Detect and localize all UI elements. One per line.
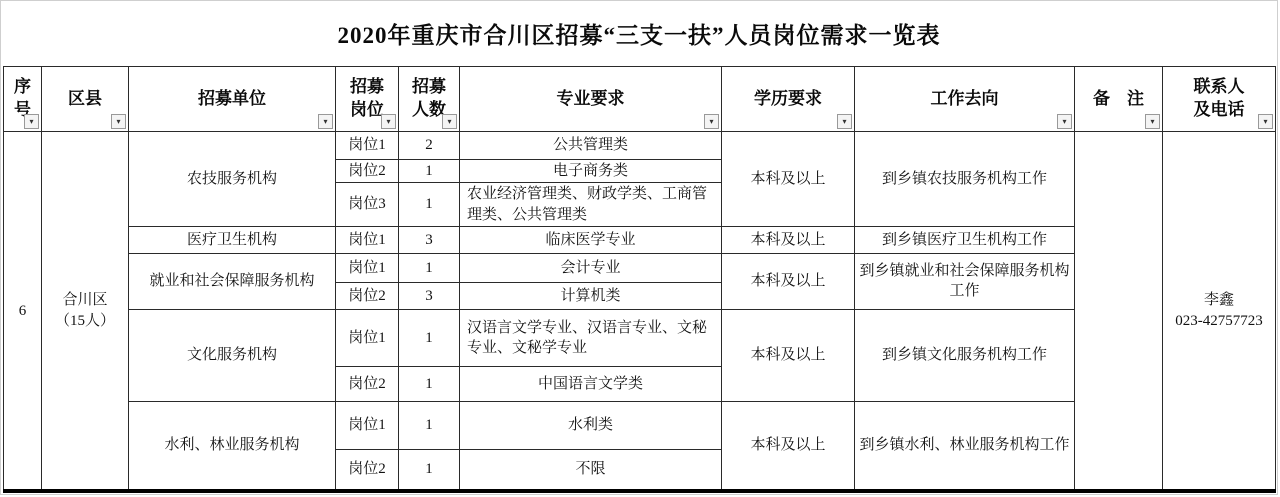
cell-unit: 水利、林业服务机构	[129, 401, 336, 491]
page-title: 2020年重庆市合川区招募“三支一扶”人员岗位需求一览表	[338, 17, 941, 50]
filter-icon[interactable]: ▾	[111, 114, 126, 129]
cell-unit: 医疗卫生机构	[129, 226, 336, 253]
cell-major: 中国语言文学类	[460, 366, 722, 401]
header-education: 学历要求 ▾	[722, 67, 855, 132]
header-contact-label: 联系人及电话	[1190, 76, 1248, 122]
cell-unit: 农技服务机构	[129, 132, 336, 227]
header-destination-label: 工作去向	[931, 89, 999, 108]
header-unit-label: 招募单位	[198, 89, 266, 108]
cell-count: 2	[399, 132, 460, 160]
district-headcount: （15人）	[46, 311, 124, 332]
header-district-label: 区县	[68, 89, 102, 108]
cell-post: 岗位1	[336, 309, 399, 366]
header-remark: 备 注 ▾	[1075, 67, 1163, 132]
filter-icon[interactable]: ▾	[704, 114, 719, 129]
filter-icon[interactable]: ▾	[318, 114, 333, 129]
header-major: 专业要求 ▾	[460, 67, 722, 132]
header-education-label: 学历要求	[754, 89, 822, 108]
cell-count: 1	[399, 160, 460, 183]
cell-count: 3	[399, 282, 460, 309]
filter-icon[interactable]: ▾	[1258, 114, 1273, 129]
cell-major: 不限	[460, 449, 722, 491]
cell-education: 本科及以上	[722, 309, 855, 401]
cell-education: 本科及以上	[722, 226, 855, 253]
header-district: 区县 ▾	[42, 67, 129, 132]
cell-count: 1	[399, 253, 460, 282]
cell-count: 3	[399, 226, 460, 253]
header-count: 招募人数 ▾	[399, 67, 460, 132]
header-destination: 工作去向 ▾	[855, 67, 1075, 132]
cell-destination: 到乡镇水利、林业服务机构工作	[855, 401, 1075, 491]
cell-education: 本科及以上	[722, 253, 855, 309]
cell-destination: 到乡镇医疗卫生机构工作	[855, 226, 1075, 253]
cell-post: 岗位1	[336, 401, 399, 449]
cell-education: 本科及以上	[722, 132, 855, 227]
contact-phone: 023-42757723	[1167, 311, 1271, 332]
district-name: 合川区	[46, 290, 124, 311]
table-row: 6 合川区 （15人） 农技服务机构 岗位1 2 公共管理类 本科及以上 到乡镇…	[4, 132, 1276, 160]
cell-major: 临床医学专业	[460, 226, 722, 253]
filter-icon[interactable]: ▾	[837, 114, 852, 129]
filter-icon[interactable]: ▾	[442, 114, 457, 129]
header-post: 招募岗位 ▾	[336, 67, 399, 132]
cell-count: 1	[399, 366, 460, 401]
filter-icon[interactable]: ▾	[1057, 114, 1072, 129]
header-remark-label: 备 注	[1093, 89, 1144, 108]
cell-post: 岗位2	[336, 449, 399, 491]
header-row: 序号 ▾ 区县 ▾ 招募单位 ▾ 招募岗位 ▾ 招募人数 ▾ 专业要求 ▾	[4, 67, 1276, 132]
cell-major: 农业经济管理类、财政学类、工商管理类、公共管理类	[460, 183, 722, 227]
cell-post: 岗位2	[336, 160, 399, 183]
cell-major: 水利类	[460, 401, 722, 449]
cell-major: 汉语言文学专业、汉语言专业、文秘专业、文秘学专业	[460, 309, 722, 366]
cell-post: 岗位2	[336, 366, 399, 401]
header-contact: 联系人及电话 ▾	[1163, 67, 1276, 132]
cell-destination: 到乡镇就业和社会保障服务机构工作	[855, 253, 1075, 309]
document-page: 2020年重庆市合川区招募“三支一扶”人员岗位需求一览表 序号 ▾ 区县 ▾ 招…	[0, 0, 1278, 495]
cell-serial: 6	[4, 132, 42, 492]
cell-destination: 到乡镇农技服务机构工作	[855, 132, 1075, 227]
cell-count: 1	[399, 183, 460, 227]
cell-major: 会计专业	[460, 253, 722, 282]
filter-icon[interactable]: ▾	[24, 114, 39, 129]
contact-name: 李鑫	[1167, 290, 1271, 311]
header-major-label: 专业要求	[557, 89, 625, 108]
cell-education: 本科及以上	[722, 401, 855, 491]
recruitment-table: 序号 ▾ 区县 ▾ 招募单位 ▾ 招募岗位 ▾ 招募人数 ▾ 专业要求 ▾	[3, 66, 1276, 493]
cell-contact: 李鑫 023-42757723	[1163, 132, 1276, 492]
cell-post: 岗位1	[336, 253, 399, 282]
filter-icon[interactable]: ▾	[1145, 114, 1160, 129]
cell-count: 1	[399, 401, 460, 449]
cell-unit: 文化服务机构	[129, 309, 336, 401]
filter-icon[interactable]: ▾	[381, 114, 396, 129]
cell-post: 岗位1	[336, 132, 399, 160]
header-unit: 招募单位 ▾	[129, 67, 336, 132]
cell-major: 计算机类	[460, 282, 722, 309]
cell-district: 合川区 （15人）	[42, 132, 129, 492]
cell-remark	[1075, 132, 1163, 492]
cell-destination: 到乡镇文化服务机构工作	[855, 309, 1075, 401]
cell-post: 岗位1	[336, 226, 399, 253]
cell-major: 电子商务类	[460, 160, 722, 183]
header-serial: 序号 ▾	[4, 67, 42, 132]
cell-post: 岗位3	[336, 183, 399, 227]
cell-count: 1	[399, 309, 460, 366]
cell-post: 岗位2	[336, 282, 399, 309]
cell-major: 公共管理类	[460, 132, 722, 160]
cell-unit: 就业和社会保障服务机构	[129, 253, 336, 309]
title-bar: 2020年重庆市合川区招募“三支一扶”人员岗位需求一览表	[1, 1, 1277, 66]
cell-count: 1	[399, 449, 460, 491]
